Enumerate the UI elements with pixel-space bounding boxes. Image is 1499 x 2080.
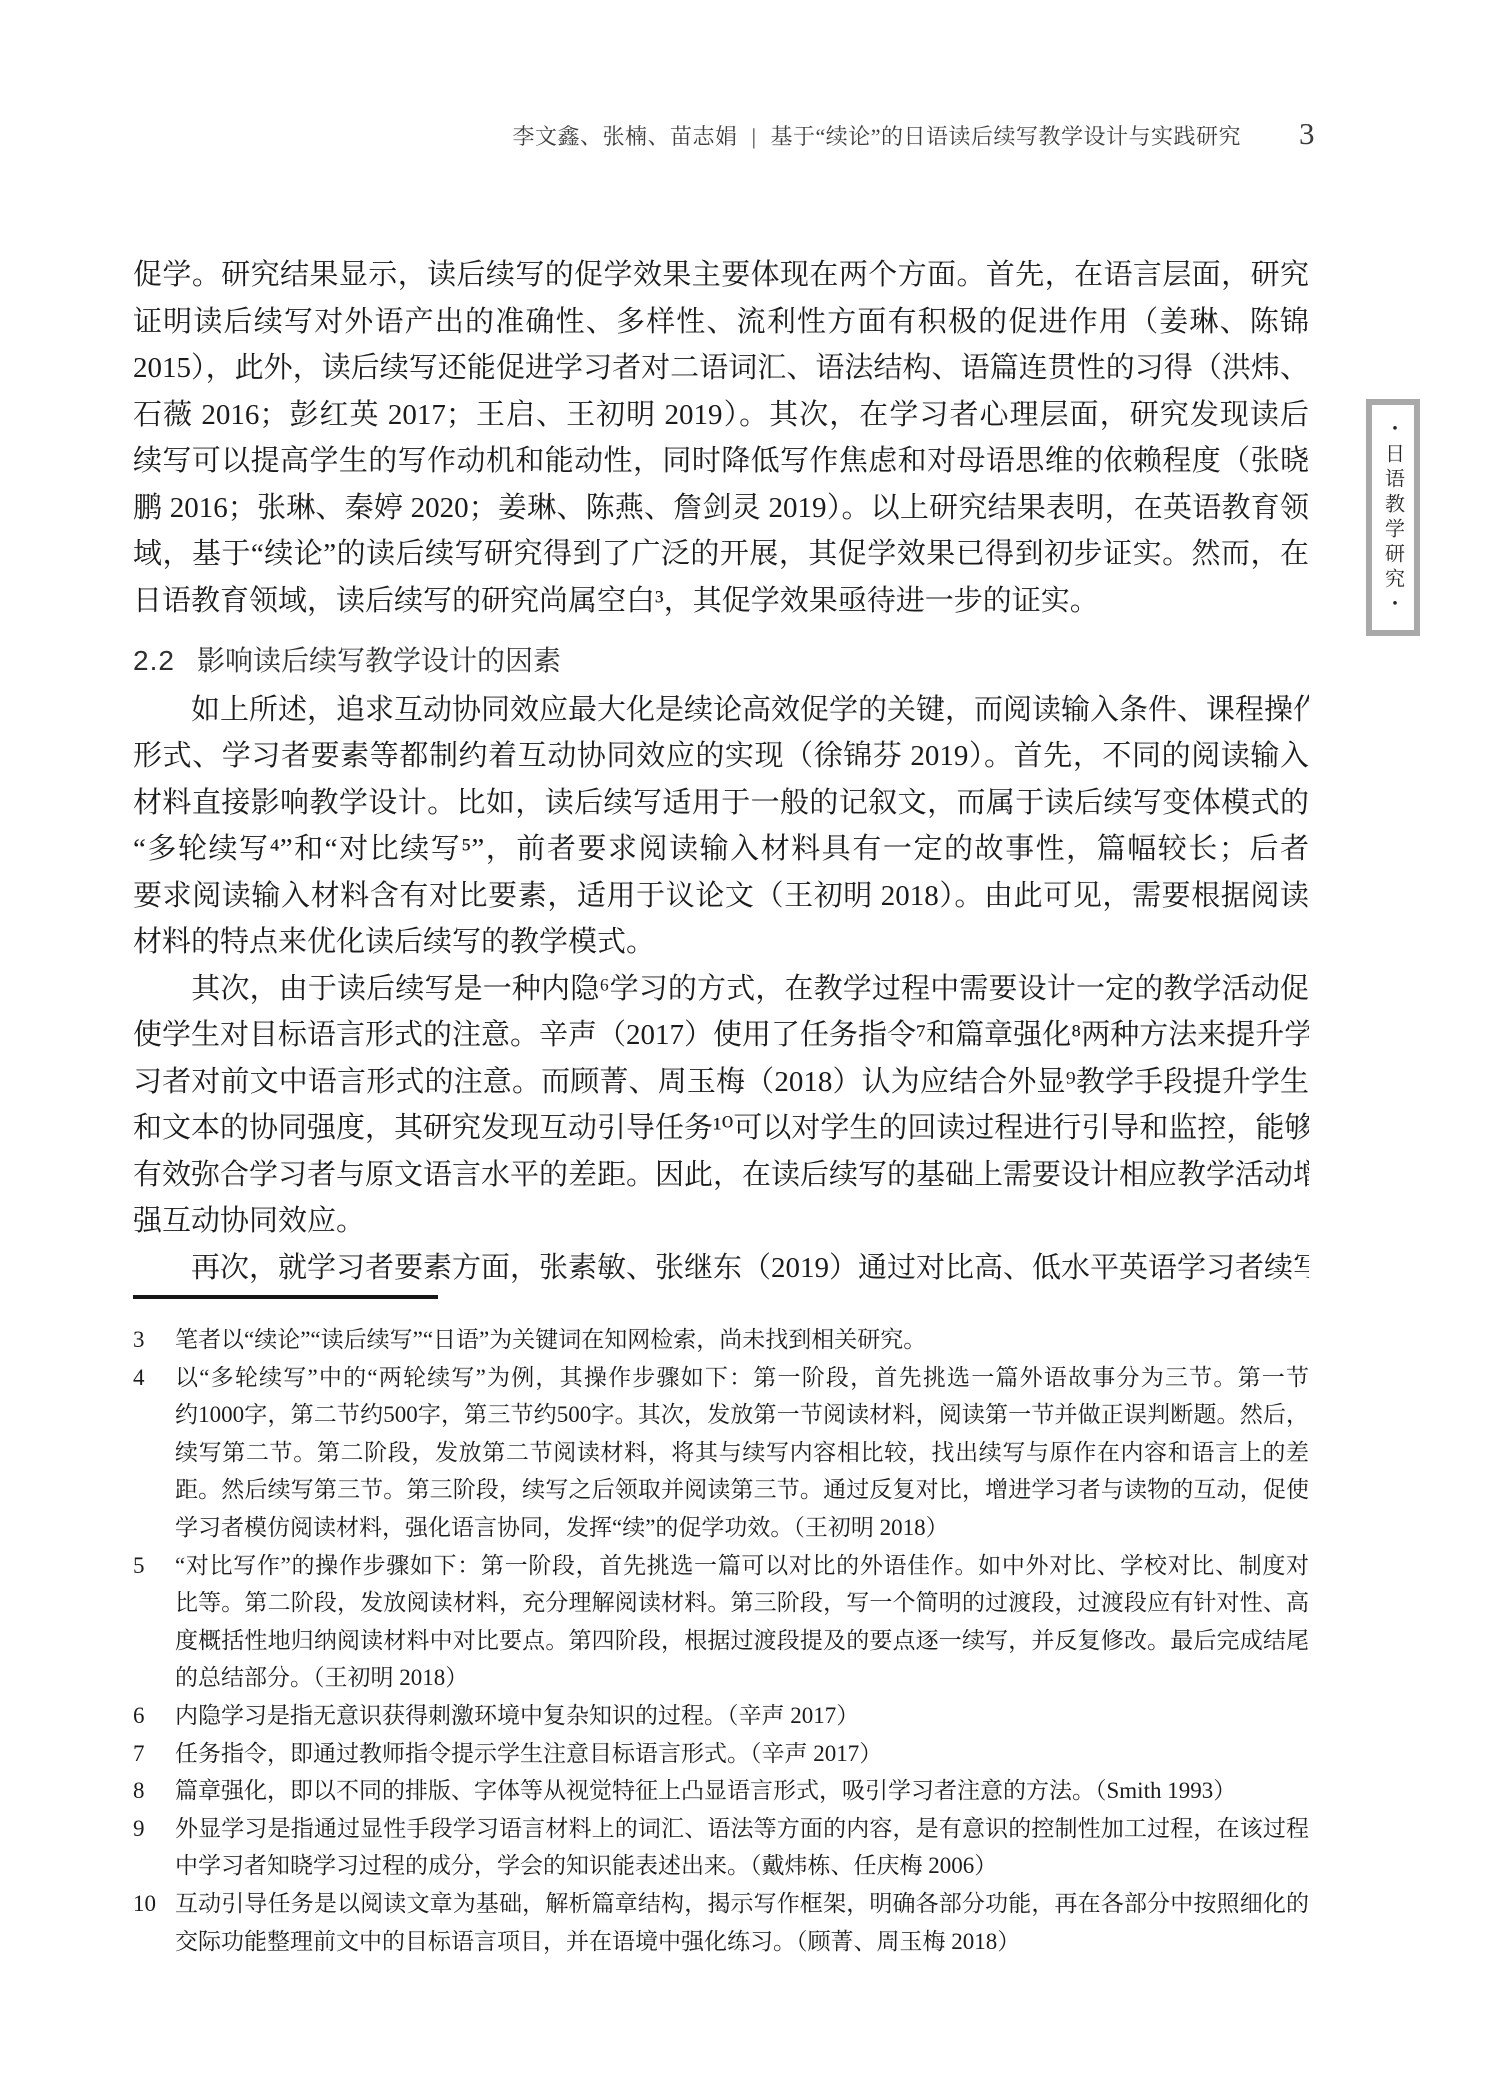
body-text-line: 促学。研究结果显示，读后续写的促学效果主要体现在两个方面。首先，在语言层面，研究 [133,252,1309,299]
body-text-line: 和文本的协同强度，其研究发现互动引导任务¹⁰可以对学生的回读过程进行引导和监控，… [133,1105,1309,1152]
footnote: 9 外显学习是指通过显性手段学习语言材料上的词汇、语法等方面的内容，是有意识的控… [133,1810,1309,1885]
body-text-line: 日语教育领域，读后续写的研究尚属空白³，其促学效果亟待进一步的证实。 [133,578,1309,625]
running-header: 李文鑫、张楠、苗志娟|基于“续论”的日语读后续写教学设计与实践研究 3 [133,116,1315,152]
body-text-line: 2015），此外，读后续写还能促进学习者对二语词汇、语法结构、语篇连贯性的习得（… [133,345,1309,392]
section-number: 2.2 [133,645,175,676]
footnote: 10 互动引导任务是以阅读文章为基础，解析篇章结构，揭示写作框架，明确各部分功能… [133,1885,1309,1960]
body-text-line: 使学生对目标语言形式的注意。辛声（2017）使用了任务指令⁷和篇章强化⁸两种方法… [133,1012,1309,1059]
footnote: 7 任务指令，即通过教师指令提示学生注意目标语言形式。（辛声 2017） [133,1735,1309,1773]
body-text-line: 石薇 2016；彭红英 2017；王启、王初明 2019）。其次，在学习者心理层… [133,392,1309,439]
footnote: 4 以“多轮续写”中的“两轮续写”为例，其操作步骤如下：第一阶段，首先挑选一篇外… [133,1359,1309,1547]
paper-page: 李文鑫、张楠、苗志娟|基于“续论”的日语读后续写教学设计与实践研究 3 ・日语教… [0,0,1499,2080]
header-article-title: 基于“续论”的日语读后续写教学设计与实践研究 [770,120,1241,151]
footnote-text-line: 交际功能整理前文中的目标语言项目，并在语境中强化练习。（顾菁、周玉梅 2018） [175,1923,1309,1961]
body-text-line: 再次，就学习者要素方面，张素敏、张继东（2019）通过对比高、低水平英语学习者续… [133,1245,1309,1292]
body-text-line: 如上所述，追求互动协同效应最大化是续论高效促学的关键，而阅读输入条件、课程操作 [133,687,1309,734]
section-side-tab: ・日语教学研究・ [1366,399,1420,636]
paragraph-continuation: 促学。研究结果显示，读后续写的促学效果主要体现在两个方面。首先，在语言层面，研究… [133,252,1309,624]
body-text-line: 证明读后续写对外语产出的准确性、多样性、流利性方面有积极的促进作用（姜琳、陈锦 [133,299,1309,346]
footnote-text-line: 以“多轮续写”中的“两轮续写”为例，其操作步骤如下：第一阶段，首先挑选一篇外语故… [175,1359,1309,1397]
header-authors: 李文鑫、张楠、苗志娟 [513,120,738,151]
body-text-line: 强互动协同效应。 [133,1198,1309,1245]
footnote-text-line: 外显学习是指通过显性手段学习语言材料上的词汇、语法等方面的内容，是有意识的控制性… [175,1810,1309,1848]
section-heading: 2.2影响读后续写教学设计的因素 [133,638,1309,685]
footnote-text-line: 互动引导任务是以阅读文章为基础，解析篇章结构，揭示写作框架，明确各部分功能，再在… [175,1885,1309,1923]
footnotes-list: 3 笔者以“续论”“读后续写”“日语”为关键词在知网检索，尚未找到相关研究。 4… [133,1321,1309,1960]
footnote-text-line: 笔者以“续论”“读后续写”“日语”为关键词在知网检索，尚未找到相关研究。 [175,1321,1309,1359]
footnote-number: 9 [133,1810,175,1848]
paragraph: 再次，就学习者要素方面，张素敏、张继东（2019）通过对比高、低水平英语学习者续… [133,1245,1309,1292]
section-title: 影响读后续写教学设计的因素 [197,645,561,676]
footnote-number: 7 [133,1735,175,1773]
body-text-line: “多轮续写⁴”和“对比续写⁵”，前者要求阅读输入材料具有一定的故事性，篇幅较长；… [133,826,1309,873]
footnote-number: 4 [133,1359,175,1397]
paragraph: 如上所述，追求互动协同效应最大化是续论高效促学的关键，而阅读输入条件、课程操作形… [133,687,1309,966]
body-text-line: 形式、学习者要素等都制约着互动协同效应的实现（徐锦芬 2019）。首先，不同的阅… [133,733,1309,780]
page-number: 3 [1299,116,1315,152]
footnote: 3 笔者以“续论”“读后续写”“日语”为关键词在知网检索，尚未找到相关研究。 [133,1321,1309,1359]
side-tab-label: ・日语教学研究・ [1379,418,1408,618]
footnote: 5 “对比写作”的操作步骤如下：第一阶段，首先挑选一篇可以对比的外语佳作。如中外… [133,1547,1309,1697]
footnote-text: “对比写作”的操作步骤如下：第一阶段，首先挑选一篇可以对比的外语佳作。如中外对比… [175,1547,1309,1697]
footnote-number: 10 [133,1885,175,1923]
header-divider: | [752,124,757,150]
body-text-line: 其次，由于读后续写是一种内隐⁶学习的方式，在教学过程中需要设计一定的教学活动促 [133,966,1309,1013]
footnote-text: 笔者以“续论”“读后续写”“日语”为关键词在知网检索，尚未找到相关研究。 [175,1321,1309,1359]
footnote-text-line: “对比写作”的操作步骤如下：第一阶段，首先挑选一篇可以对比的外语佳作。如中外对比… [175,1547,1309,1585]
footnote-text: 内隐学习是指无意识获得刺激环境中复杂知识的过程。（辛声 2017） [175,1697,1309,1735]
main-text-column: 促学。研究结果显示，读后续写的促学效果主要体现在两个方面。首先，在语言层面，研究… [133,252,1309,1960]
body-text-line: 续写可以提高学生的写作动机和能动性，同时降低写作焦虑和对母语思维的依赖程度（张晓 [133,438,1309,485]
footnote: 8 篇章强化，即以不同的排版、字体等从视觉特征上凸显语言形式，吸引学习者注意的方… [133,1772,1309,1810]
body-text-line: 域，基于“续论”的读后续写研究得到了广泛的开展，其促学效果已得到初步证实。然而，… [133,531,1309,578]
body-text-line: 习者对前文中语言形式的注意。而顾菁、周玉梅（2018）认为应结合外显⁹教学手段提… [133,1059,1309,1106]
footnote: 6 内隐学习是指无意识获得刺激环境中复杂知识的过程。（辛声 2017） [133,1697,1309,1735]
footnote-text-line: 学习者模仿阅读材料，强化语言协同，发挥“续”的促学功效。（王初明 2018） [175,1509,1309,1547]
footnote-text: 任务指令，即通过教师指令提示学生注意目标语言形式。（辛声 2017） [175,1735,1309,1773]
footnote-number: 5 [133,1547,175,1585]
footnote-text-line: 比等。第二阶段，发放阅读材料，充分理解阅读材料。第三阶段，写一个简明的过渡段，过… [175,1584,1309,1622]
footnote-text-line: 的总结部分。（王初明 2018） [175,1659,1309,1697]
body-text-line: 鹏 2016；张琳、秦婷 2020；姜琳、陈燕、詹剑灵 2019）。以上研究结果… [133,485,1309,532]
footnote-text-line: 篇章强化，即以不同的排版、字体等从视觉特征上凸显语言形式，吸引学习者注意的方法。… [175,1772,1309,1810]
footnote-text: 篇章强化，即以不同的排版、字体等从视觉特征上凸显语言形式，吸引学习者注意的方法。… [175,1772,1309,1810]
body-text-line: 材料的特点来优化读后续写的教学模式。 [133,919,1309,966]
footnote-text-line: 内隐学习是指无意识获得刺激环境中复杂知识的过程。（辛声 2017） [175,1697,1309,1735]
paragraph: 其次，由于读后续写是一种内隐⁶学习的方式，在教学过程中需要设计一定的教学活动促使… [133,966,1309,1245]
footnote-text: 外显学习是指通过显性手段学习语言材料上的词汇、语法等方面的内容，是有意识的控制性… [175,1810,1309,1885]
footnote-text: 以“多轮续写”中的“两轮续写”为例，其操作步骤如下：第一阶段，首先挑选一篇外语故… [175,1359,1309,1547]
footnote-text-line: 度概括性地归纳阅读材料中对比要点。第四阶段，根据过渡段提及的要点逐一续写，并反复… [175,1622,1309,1660]
footnote-separator [133,1295,438,1299]
footnote-text-line: 任务指令，即通过教师指令提示学生注意目标语言形式。（辛声 2017） [175,1735,1309,1773]
footnote-text-line: 续写第二节。第二阶段，发放第二节阅读材料，将其与续写内容相比较，找出续写与原作在… [175,1434,1309,1472]
footnote-text-line: 约1000字，第二节约500字，第三节约500字。其次，发放第一节阅读材料，阅读… [175,1396,1309,1434]
body-text-line: 材料直接影响教学设计。比如，读后续写适用于一般的记叙文，而属于读后续写变体模式的 [133,780,1309,827]
body-text-line: 要求阅读输入材料含有对比要素，适用于议论文（王初明 2018）。由此可见，需要根… [133,873,1309,920]
footnote-text-line: 距。然后续写第三节。第三阶段，续写之后领取并阅读第三节。通过反复对比，增进学习者… [175,1471,1309,1509]
footnote-text-line: 中学习者知晓学习过程的成分，学会的知识能表述出来。（戴炜栋、任庆梅 2006） [175,1847,1309,1885]
footnote-number: 6 [133,1697,175,1735]
body-text-line: 有效弥合学习者与原文语言水平的差距。因此，在读后续写的基础上需要设计相应教学活动… [133,1152,1309,1199]
footnote-number: 3 [133,1321,175,1359]
footnote-text: 互动引导任务是以阅读文章为基础，解析篇章结构，揭示写作框架，明确各部分功能，再在… [175,1885,1309,1960]
footnote-number: 8 [133,1772,175,1810]
